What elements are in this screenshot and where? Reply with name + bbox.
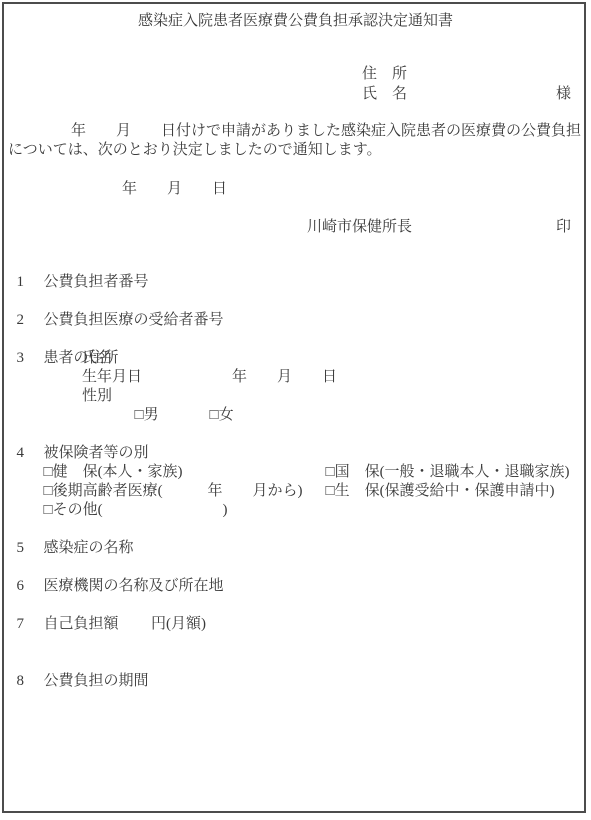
item-row-1: 1公費負担者番号 — [9, 254, 149, 292]
checkbox-seiho-label: 生 保(保護受給中・保護申請中) — [335, 483, 555, 499]
issuer-title: 川崎市保健所長 — [307, 218, 412, 237]
copayment-unit-label: 円(月額) — [151, 615, 206, 634]
item-7-label: 自己負担額 — [44, 616, 119, 632]
issue-date-line: 年 月 日 — [122, 180, 227, 199]
checkbox-other[interactable]: □その他( ) — [36, 482, 228, 520]
item-8-label: 公費負担の期間 — [44, 673, 149, 689]
checkbox-icon: □ — [135, 407, 144, 423]
checkbox-seiho[interactable]: □生 保(保護受給中・保護申請中) — [318, 463, 555, 501]
item-row-6: 6医療機関の名称及び所在地 — [9, 558, 224, 596]
checkbox-other-label: その他( ) — [53, 502, 228, 518]
item-2-number: 2 — [17, 311, 44, 330]
item-7-number: 7 — [17, 615, 44, 634]
checkbox-male-label: 男 — [144, 407, 159, 423]
patient-birthdate-line: 生年月日 年 月 日 — [82, 368, 337, 387]
item-1-label: 公費負担者番号 — [44, 274, 149, 290]
patient-name-label: 氏名 — [82, 349, 112, 368]
item-8-number: 8 — [17, 672, 44, 691]
notice-body-line1: 年 月 日付けで申請がありました感染症入院患者の医療費の公費負担 — [71, 122, 581, 141]
item-row-7: 7自己負担額 — [9, 596, 119, 634]
item-1-number: 1 — [17, 273, 44, 292]
item-3-number: 3 — [17, 349, 44, 368]
notice-body-line2: については、次のとおり決定しましたので通知します。 — [8, 141, 382, 160]
checkbox-male[interactable]: □男 — [127, 387, 159, 425]
seal-mark: 印 — [556, 218, 571, 237]
recipient-name-label: 氏 名 — [362, 85, 407, 104]
checkbox-icon: □ — [44, 502, 53, 518]
recipient-honorific: 様 — [556, 85, 571, 104]
item-6-label: 医療機関の名称及び所在地 — [44, 578, 224, 594]
item-6-number: 6 — [17, 577, 44, 596]
page-title: 感染症入院患者医療費公費負担承認決定通知書 — [0, 12, 591, 31]
item-row-8: 8公費負担の期間 — [9, 653, 149, 691]
checkbox-female-label: 女 — [219, 407, 234, 423]
checkbox-icon: □ — [326, 483, 335, 499]
item-2-label: 公費負担医療の受給者番号 — [44, 312, 224, 328]
checkbox-icon: □ — [210, 407, 219, 423]
gender-label: 性別 — [82, 387, 112, 406]
checkbox-female[interactable]: □女 — [202, 387, 234, 425]
recipient-address-label: 住 所 — [362, 65, 407, 84]
item-5-label: 感染症の名称 — [44, 540, 134, 556]
item-5-number: 5 — [17, 539, 44, 558]
item-row-5: 5感染症の名称 — [9, 520, 134, 558]
item-row-2: 2公費負担医療の受給者番号 — [9, 292, 224, 330]
